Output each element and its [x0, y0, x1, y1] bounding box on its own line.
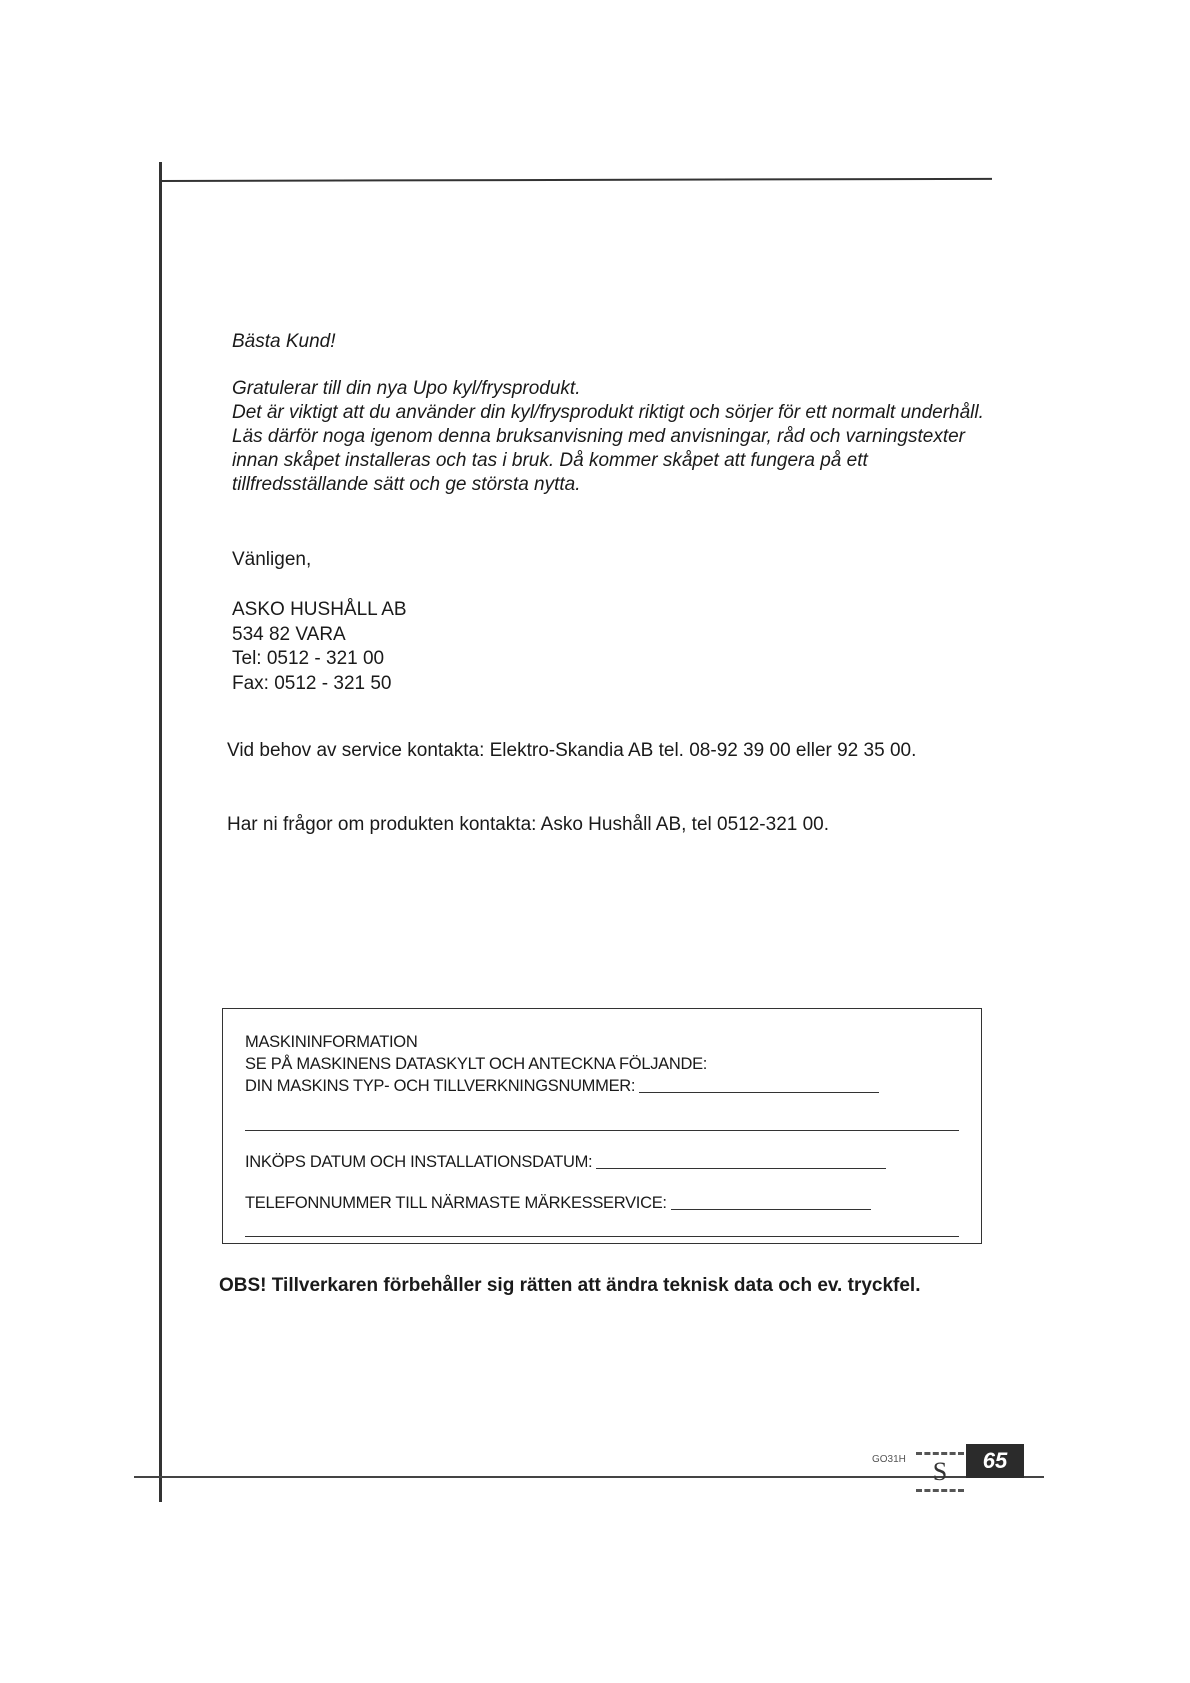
intro-line-usage: Det är viktigt att du använder din kyl/f…	[232, 401, 992, 425]
intro-paragraph: Gratulerar till din nya Upo kyl/frysprod…	[232, 377, 992, 497]
type-serial-blank[interactable]	[639, 1091, 879, 1093]
questions-contact: Har ni frågor om produkten kontakta: Ask…	[227, 813, 829, 837]
greeting: Bästa Kund!	[232, 330, 336, 354]
type-serial-field[interactable]: DIN MASKINS TYP- OCH TILLVERKNINGSNUMMER…	[245, 1077, 879, 1096]
company-name: ASKO HUSHÅLL AB	[232, 598, 407, 623]
left-margin-rule	[159, 162, 162, 1502]
service-phone-blank[interactable]	[671, 1208, 871, 1210]
postal-address: 534 82 VARA	[232, 623, 407, 648]
service-phone-blank-line-2[interactable]	[245, 1236, 959, 1237]
document-code: GO31H	[872, 1454, 906, 1465]
machine-info-title: MASKININFORMATION	[245, 1033, 417, 1052]
purchase-install-date-blank[interactable]	[596, 1167, 886, 1169]
service-phone-field[interactable]: TELEFONNUMMER TILL NÄRMASTE MÄRKESSERVIC…	[245, 1194, 871, 1213]
language-tab: S	[916, 1452, 964, 1492]
signoff: Vänligen,	[232, 548, 311, 572]
intro-line-read-manual: Läs därför noga igenom denna bruksanvisn…	[232, 425, 992, 497]
machine-info-instruction: SE PÅ MASKINENS DATASKYLT OCH ANTECKNA F…	[245, 1055, 707, 1074]
page-footer: GO31H S 65	[872, 1440, 1042, 1500]
fax: Fax: 0512 - 321 50	[232, 672, 407, 697]
top-rule	[160, 178, 992, 182]
machine-info-box: MASKININFORMATION SE PÅ MASKINENS DATASK…	[222, 1008, 982, 1244]
telephone: Tel: 0512 - 321 00	[232, 647, 407, 672]
service-phone-label: TELEFONNUMMER TILL NÄRMASTE MÄRKESSERVIC…	[245, 1194, 667, 1213]
intro-line-congrats: Gratulerar till din nya Upo kyl/frysprod…	[232, 377, 992, 401]
page-number: 65	[966, 1444, 1024, 1478]
company-address: ASKO HUSHÅLL AB 534 82 VARA Tel: 0512 - …	[232, 598, 407, 696]
type-serial-label: DIN MASKINS TYP- OCH TILLVERKNINGSNUMMER…	[245, 1077, 635, 1096]
service-contact: Vid behov av service kontakta: Elektro-S…	[227, 739, 947, 763]
disclaimer-notice: OBS! Tillverkaren förbehåller sig rätten…	[219, 1273, 959, 1298]
purchase-install-date-field[interactable]: INKÖPS DATUM OCH INSTALLATIONSDATUM:	[245, 1153, 886, 1172]
type-serial-blank-line-2[interactable]	[245, 1130, 959, 1131]
purchase-install-date-label: INKÖPS DATUM OCH INSTALLATIONSDATUM:	[245, 1153, 592, 1172]
